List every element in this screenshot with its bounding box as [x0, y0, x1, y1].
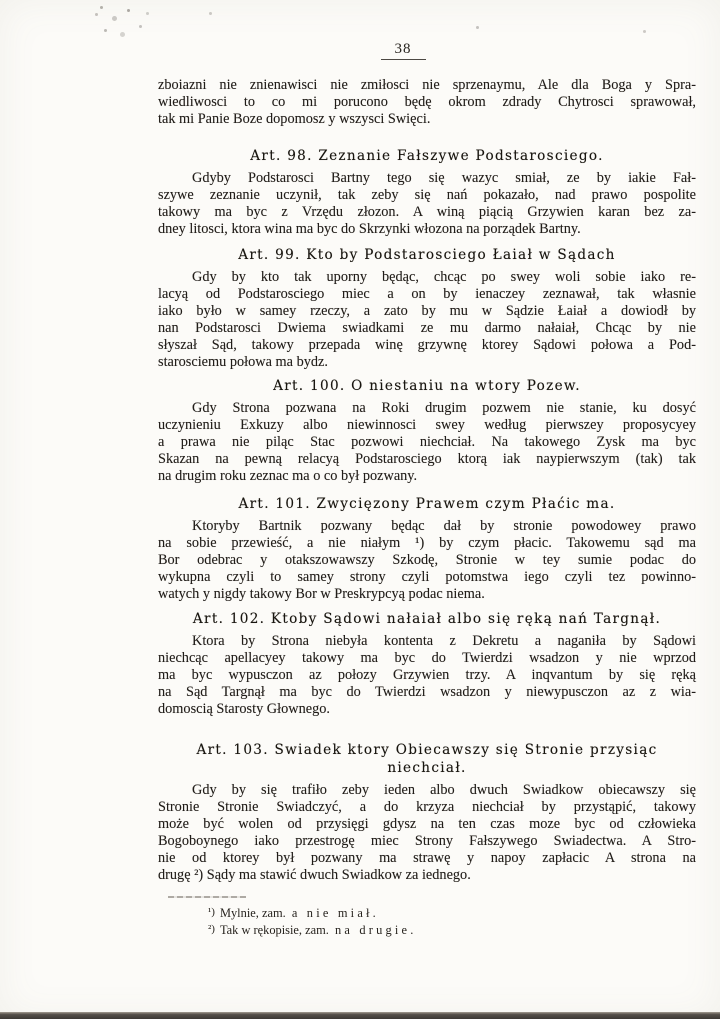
text-line: tak mi Panie Boze dopomosz y wszysci Swi…: [158, 111, 696, 128]
text-line: Ktora by Strona niebyła kontenta z Dekre…: [158, 633, 696, 650]
text-line: takowy ma byc z Vrzędu złozon. A winą pi…: [158, 204, 696, 221]
text-line: dney litosci, ktora wina ma byc do Skrzy…: [158, 221, 696, 238]
scanned-document-page: 38 zboiazni nie znienawisci nie zmiłosci…: [0, 0, 720, 1019]
text-line: Art. 101. Zwycięzony Prawem czym Płaćic …: [158, 495, 696, 513]
text-line: wykupna czyli to samey strony czyli poto…: [158, 569, 696, 586]
text-line: Gdy by kto tak uporny będąc, chcąc po sw…: [158, 269, 696, 286]
text-line: starosciemu połowa ma bydz.: [158, 354, 696, 371]
article-102-paragraph: Ktora by Strona niebyła kontenta z Dekre…: [158, 633, 696, 718]
article-101-paragraph: Ktoryby Bartnik pozwany będąc dał by str…: [158, 518, 696, 603]
article-99-heading: Art. 99. Kto by Podstarosciego Łaiał w S…: [158, 246, 696, 264]
article-101-heading: Art. 101. Zwycięzony Prawem czym Płaćic …: [158, 495, 696, 513]
scan-bottom-edge: [0, 1012, 720, 1019]
footnote-2-marker: ²): [208, 923, 215, 935]
text-line: Bogoboynego iako przestrogę miec Strony …: [158, 833, 696, 850]
article-98-paragraph: Gdyby Podstarosci Bartny tego się wazyc …: [158, 170, 696, 238]
text-line: na sobie przewieść, a nie niałym ¹) by c…: [158, 535, 696, 552]
text-line: Gdy by się trafiło zeby ieden albo dwuch…: [158, 782, 696, 799]
intro-paragraph: zboiazni nie znienawisci nie zmiłosci ni…: [158, 77, 696, 128]
article-102: Art. 102. Ktoby Sądowi nałaiał albo się …: [158, 610, 696, 718]
footnote-1-text: Mylnie, zam.: [220, 906, 286, 920]
footnote-separator-rule: [168, 896, 246, 898]
text-line: na Sąd Targnął ma byc do Twierdzi wsadzo…: [158, 684, 696, 701]
text-line: niechcąc apellacyey takowy ma byc do Twi…: [158, 650, 696, 667]
footnote-1-spaced-text: a nie miał.: [292, 906, 379, 920]
text-line: Art. 98. Zeznanie Fałszywe Podstaroscieg…: [158, 147, 696, 165]
page-folio: 38: [134, 0, 672, 60]
text-line: nan Podstarosci Dwiema swiadkami ze mu d…: [158, 320, 696, 337]
text-line: na drugim roku zeznac ma o co był pozwan…: [158, 468, 696, 485]
footnotes-block: ¹)Mylnie, zam. a nie miał. ²)Tak w rękop…: [158, 896, 696, 938]
text-line: watych y nigdy takowy Bor w Preskrypcyą …: [158, 586, 696, 603]
text-line: a prawa nie piląc Stac pozwowi niechciał…: [158, 434, 696, 451]
article-102-heading: Art. 102. Ktoby Sądowi nałaiał albo się …: [158, 610, 696, 628]
text-line: Art. 99. Kto by Podstarosciego Łaiał w S…: [158, 246, 696, 264]
article-99-paragraph: Gdy by kto tak uporny będąc, chcąc po sw…: [158, 269, 696, 371]
text-line: lacyą od Podstarosciego miec a on by ien…: [158, 286, 696, 303]
text-line: Ktoryby Bartnik pozwany będąc dał by str…: [158, 518, 696, 535]
page-content: 38 zboiazni nie znienawisci nie zmiłosci…: [0, 0, 720, 938]
text-line: słyszał Sąd, takowy przepada winę grzywn…: [158, 337, 696, 354]
text-line: szywe zeznanie uczynił, tak zeby się nań…: [158, 187, 696, 204]
article-98: Art. 98. Zeznanie Fałszywe Podstaroscieg…: [158, 147, 696, 238]
text-line: wiedliwosci to co mi porucono będę okrom…: [158, 94, 696, 111]
page-number: 38: [381, 41, 426, 60]
text-line: Art. 100. O niestaniu na wtory Pozew.: [158, 377, 696, 395]
text-line: nie od ktorey był pozwany ma strawę y na…: [158, 850, 696, 867]
text-line: niechciał.: [158, 759, 696, 777]
text-line: Stronie Stronie Swiadczyć, a do krzyza n…: [158, 799, 696, 816]
article-103-paragraph: Gdy by się trafiło zeby ieden albo dwuch…: [158, 782, 696, 884]
footnote-1: ¹)Mylnie, zam. a nie miał.: [208, 905, 696, 922]
article-98-heading: Art. 98. Zeznanie Fałszywe Podstaroscieg…: [158, 147, 696, 165]
footnote-1-marker: ¹): [208, 906, 215, 918]
text-line: Bor odebrac y otakszowawszy Szkodę, Stro…: [158, 552, 696, 569]
article-101: Art. 101. Zwycięzony Prawem czym Płaćic …: [158, 495, 696, 603]
text-line: Skazan na pewną relacyą Podstarosciego k…: [158, 451, 696, 468]
article-99: Art. 99. Kto by Podstarosciego Łaiał w S…: [158, 246, 696, 371]
footnote-2-text: Tak w rękopisie, zam.: [220, 923, 329, 937]
text-line: Art. 102. Ktoby Sądowi nałaiał albo się …: [158, 610, 696, 628]
text-line: uczynieniu Exkuzy albo niewinnosci swey …: [158, 417, 696, 434]
article-100-heading: Art. 100. O niestaniu na wtory Pozew.: [158, 377, 696, 395]
text-line: może być wolen od przysięgi gdysz na ten…: [158, 816, 696, 833]
text-line: domoscią Starosty Głownego.: [158, 701, 696, 718]
text-line: Gdyby Podstarosci Bartny tego się wazyc …: [158, 170, 696, 187]
article-100: Art. 100. O niestaniu na wtory Pozew. Gd…: [158, 377, 696, 485]
text-line: iako było w samey rzeczy, a zato by mu w…: [158, 303, 696, 320]
article-100-paragraph: Gdy Strona pozwana na Roki drugim pozwem…: [158, 400, 696, 485]
text-line: ma byc wypusczon az połozy Grzywien trzy…: [158, 667, 696, 684]
article-103: Art. 103. Swiadek ktory Obiecawszy się S…: [158, 741, 696, 884]
text-line: Gdy Strona pozwana na Roki drugim pozwem…: [158, 400, 696, 417]
article-103-heading: Art. 103. Swiadek ktory Obiecawszy się S…: [158, 741, 696, 777]
text-line: zboiazni nie znienawisci nie zmiłosci ni…: [158, 77, 696, 94]
footnote-2-spaced-text: na drugie.: [335, 923, 417, 937]
footnote-2: ²)Tak w rękopisie, zam. na drugie.: [208, 922, 696, 939]
text-line: drugę ²) Sądy ma stawić dwuch Swiadkow z…: [158, 867, 696, 884]
text-line: Art. 103. Swiadek ktory Obiecawszy się S…: [158, 741, 696, 759]
